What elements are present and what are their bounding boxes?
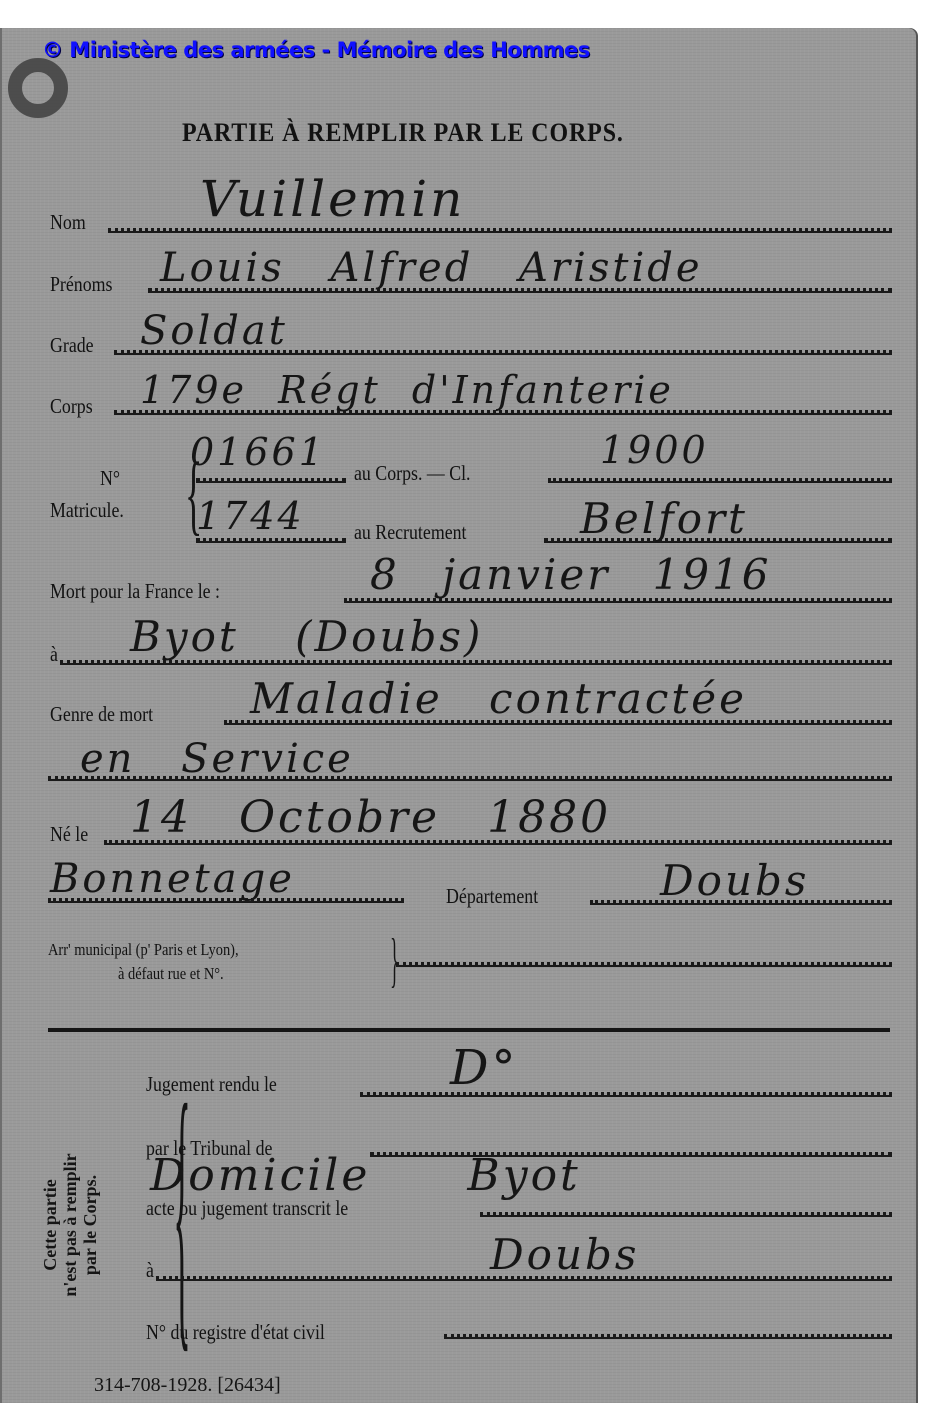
departement-value: Doubs — [660, 856, 809, 905]
side-note-line-3: par le Corps. — [80, 1110, 100, 1340]
registre-label: N° du registre d'état civil — [146, 1320, 325, 1345]
mort-le-value: 8 janvier 1916 — [370, 550, 772, 599]
side-note: Cette partie n'est pas à remplir par le … — [40, 1110, 100, 1340]
copyright-watermark: © Ministère des armées - Mémoire des Hom… — [42, 38, 590, 62]
arrondissement-line — [396, 962, 892, 967]
matricule-recrutement-line — [196, 538, 346, 543]
side-note-line-1: Cette partie — [40, 1110, 60, 1340]
jugement-rendu-value: D° — [450, 1040, 518, 1096]
form-title: PARTIE À REMPLIR PAR LE CORPS. — [182, 118, 624, 148]
section-divider — [48, 1028, 890, 1032]
mort-a-value: Byot (Doubs) — [130, 612, 483, 661]
matricule-recrutement-number: 1744 — [196, 494, 305, 538]
lieu-naissance-value: Bonnetage — [50, 856, 295, 902]
jugement-rendu-label: Jugement rendu le — [146, 1072, 277, 1097]
corps-label: Corps — [50, 394, 93, 419]
nom-value: Vuillemin — [200, 170, 465, 228]
side-note-line-2: n'est pas à remplir — [60, 1110, 80, 1340]
a-value: Doubs — [490, 1230, 639, 1279]
nom-line — [108, 228, 892, 233]
registre-line — [444, 1334, 892, 1339]
classe-line — [548, 478, 892, 483]
prenoms-label: Prénoms — [50, 272, 112, 297]
matricule-label-no: N° — [100, 466, 120, 491]
ink-stamp — [8, 58, 68, 118]
recrutement-place: Belfort — [580, 494, 748, 543]
classe-value: 1900 — [600, 428, 709, 472]
grade-label: Grade — [50, 333, 94, 358]
genre-de-mort-value-1: Maladie contractée — [250, 674, 747, 723]
mort-le-label: Mort pour la France le : — [50, 579, 220, 604]
form-reference: 314-708-1928. [26434] — [94, 1374, 281, 1397]
arrondissement-brace: } — [390, 930, 399, 990]
ne-le-label: Né le — [50, 822, 88, 847]
genre-de-mort-label: Genre de mort — [50, 702, 153, 727]
mort-a-label: à — [50, 642, 58, 667]
jugement-rendu-line — [360, 1092, 892, 1097]
au-recrutement-label: au Recrutement — [354, 520, 467, 545]
grade-value: Soldat — [140, 308, 288, 354]
arrondissement-label-1: Arr' municipal (p' Paris et Lyon), — [48, 940, 239, 960]
matricule-corps-line — [196, 478, 346, 483]
a-label: à — [146, 1258, 154, 1283]
acte-transcrit-line — [480, 1212, 892, 1217]
genre-de-mort-value-2: en Service — [80, 736, 354, 782]
matricule-label: Matricule. — [50, 498, 124, 523]
au-corps-label: au Corps. — Cl. — [354, 461, 471, 486]
prenoms-value: Louis Alfred Aristide — [160, 245, 703, 291]
matricule-corps-number: 01661 — [190, 430, 326, 474]
arrondissement-label-2: à défaut rue et N°. — [118, 964, 224, 984]
departement-label: Département — [446, 884, 538, 909]
nom-label: Nom — [50, 210, 86, 235]
acte-transcrit-label: acte ou jugement transcrit le — [146, 1196, 348, 1221]
ne-le-value: 14 Octobre 1880 — [130, 792, 611, 843]
corps-value: 179e Régt d'Infanterie — [140, 368, 674, 412]
acte-transcrit-value: Domicile Byot — [150, 1150, 581, 1201]
